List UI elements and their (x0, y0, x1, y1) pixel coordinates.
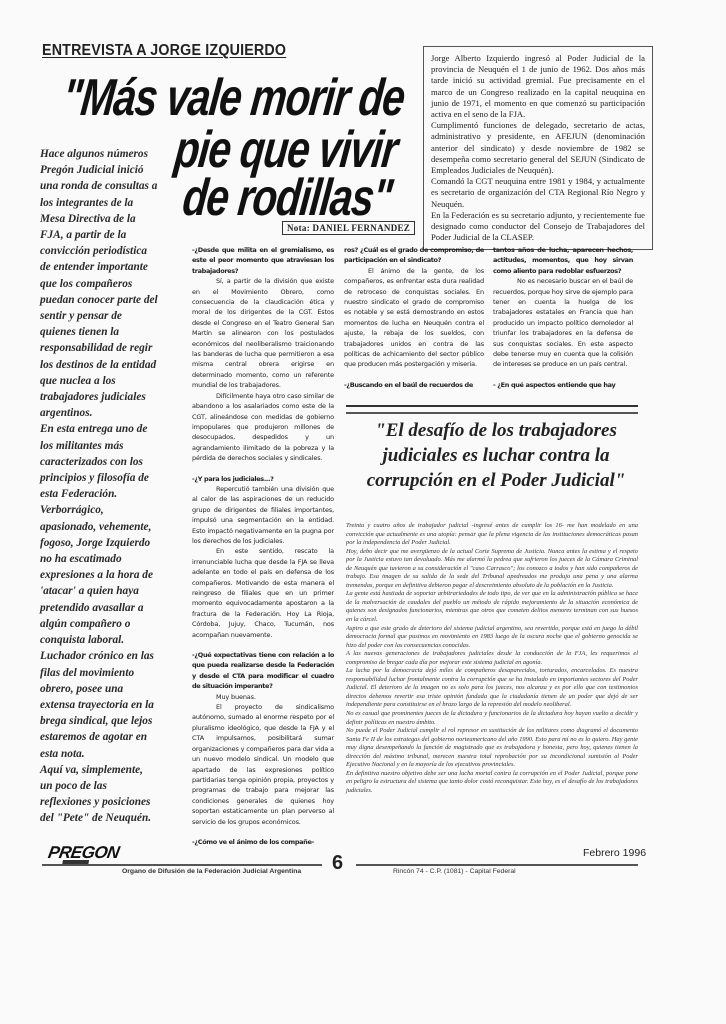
footer-rule-left (42, 864, 322, 866)
page-number: 6 (332, 852, 343, 875)
interview-column-2: ros? ¿Cuál es el grado de compromiso, de… (344, 245, 484, 390)
headline-line-3: de rodillas" (180, 172, 394, 224)
intro-paragraph: Aquí va, simplemente, un poco de las ref… (40, 762, 158, 827)
footer-caption-right: Rincón 74 - C.P. (1081) - Capital Federa… (393, 868, 516, 875)
interview-answer: Sí, a partir de la división que existe e… (192, 276, 334, 390)
bio-paragraph: En la Federación es su secretario adjunt… (431, 210, 645, 244)
double-rule-divider (346, 405, 638, 414)
footer-rule-right (356, 864, 638, 866)
bio-box: Jorge Alberto Izquierdo ingresó al Poder… (423, 46, 653, 250)
intro-paragraph: Hace algunos números Pregón Judicial ini… (40, 146, 158, 421)
essay-paragraph: En definitiva nuestro objetivo debe ser … (346, 770, 638, 796)
interview-answer: No es necesario buscar en el baúl de rec… (493, 276, 633, 370)
interview-question: -¿Qué expectativas tiene con relación a … (192, 650, 334, 692)
bio-paragraph: Jorge Alberto Izquierdo ingresó al Poder… (431, 53, 645, 120)
essay-paragraph: No es casual que prominentes jueces de l… (346, 710, 638, 727)
article-kicker: ENTREVISTA A JORGE IZQUIERDO (42, 42, 286, 60)
issue-date: Febrero 1996 (583, 847, 646, 859)
interview-column-3: tantos años de lucha, aparecen hechos, a… (493, 245, 633, 390)
intro-column: Hace algunos números Pregón Judicial ini… (40, 146, 158, 827)
headline-line-1: "Más vale morir de (60, 72, 407, 124)
interview-question: -¿Y para los judiciales...? (192, 474, 334, 484)
essay-block: Treinta y cuatro años de trabajador judi… (346, 522, 638, 796)
pull-quote: "El desafío de los trabajadores judicial… (360, 418, 632, 493)
bio-paragraph: Comandó la CGT neuquina entre 1981 y 198… (431, 176, 645, 210)
essay-paragraph: A las nuevas generaciones de trabajadore… (346, 650, 638, 667)
essay-paragraph: La gente está hastiada de soportar arbit… (346, 590, 638, 624)
intro-paragraph: En esta entrega uno de los militantes má… (40, 421, 158, 502)
interview-question: -¿Desde que milita en el gremialismo, es… (192, 245, 334, 276)
footer-caption-left: Organo de Difusión de la Federación Judi… (122, 868, 301, 875)
logo-text: PREGON (47, 843, 121, 862)
essay-paragraph: Hoy, debo decir que me avergüenzo de la … (346, 548, 638, 591)
interview-question: -¿Buscando en el baúl de recuerdos de (344, 380, 484, 390)
interview-question: tantos años de lucha, aparecen hechos, a… (493, 245, 633, 276)
bio-paragraph: Cumplimentó funciones de delegado, secre… (431, 120, 645, 176)
interview-question: ros? ¿Cuál es el grado de compromiso, de… (344, 245, 484, 266)
interview-answer: El ánimo de la gente, de los compañeros,… (344, 266, 484, 370)
interview-question: - ¿En qué aspectos entiende que hay (493, 380, 633, 390)
intro-paragraph: Verborrágico, apasionado, vehemente, fog… (40, 502, 158, 648)
interview-answer: En este sentido, rescato la irrenunciabl… (192, 546, 334, 640)
interview-answer: Muy buenas. (192, 692, 334, 702)
interview-question: -¿Cómo ve el ánimo de los compañe- (192, 837, 334, 847)
essay-paragraph: La lucha por la democracia dejó miles de… (346, 667, 638, 710)
interview-answer: El proyecto de sindicalismo autónomo, su… (192, 702, 334, 827)
interview-answer: Difícilmente haya otro caso similar de a… (192, 391, 334, 464)
intro-paragraph: Luchador crónico en las filas del movimi… (40, 648, 158, 761)
byline: Nota: DANIEL FERNANDEZ (282, 221, 415, 235)
interview-answer: Repercutió también una división que al c… (192, 484, 334, 546)
essay-paragraph: No puede el Poder Judicial cumplir el ro… (346, 727, 638, 770)
essay-paragraph: Aspiro a que este grado de deterioro del… (346, 625, 638, 651)
interview-column-1: -¿Desde que milita en el gremialismo, es… (192, 245, 334, 847)
pregon-logo: PREGON (46, 843, 121, 866)
essay-paragraph: Treinta y cuatro años de trabajador judi… (346, 522, 638, 548)
